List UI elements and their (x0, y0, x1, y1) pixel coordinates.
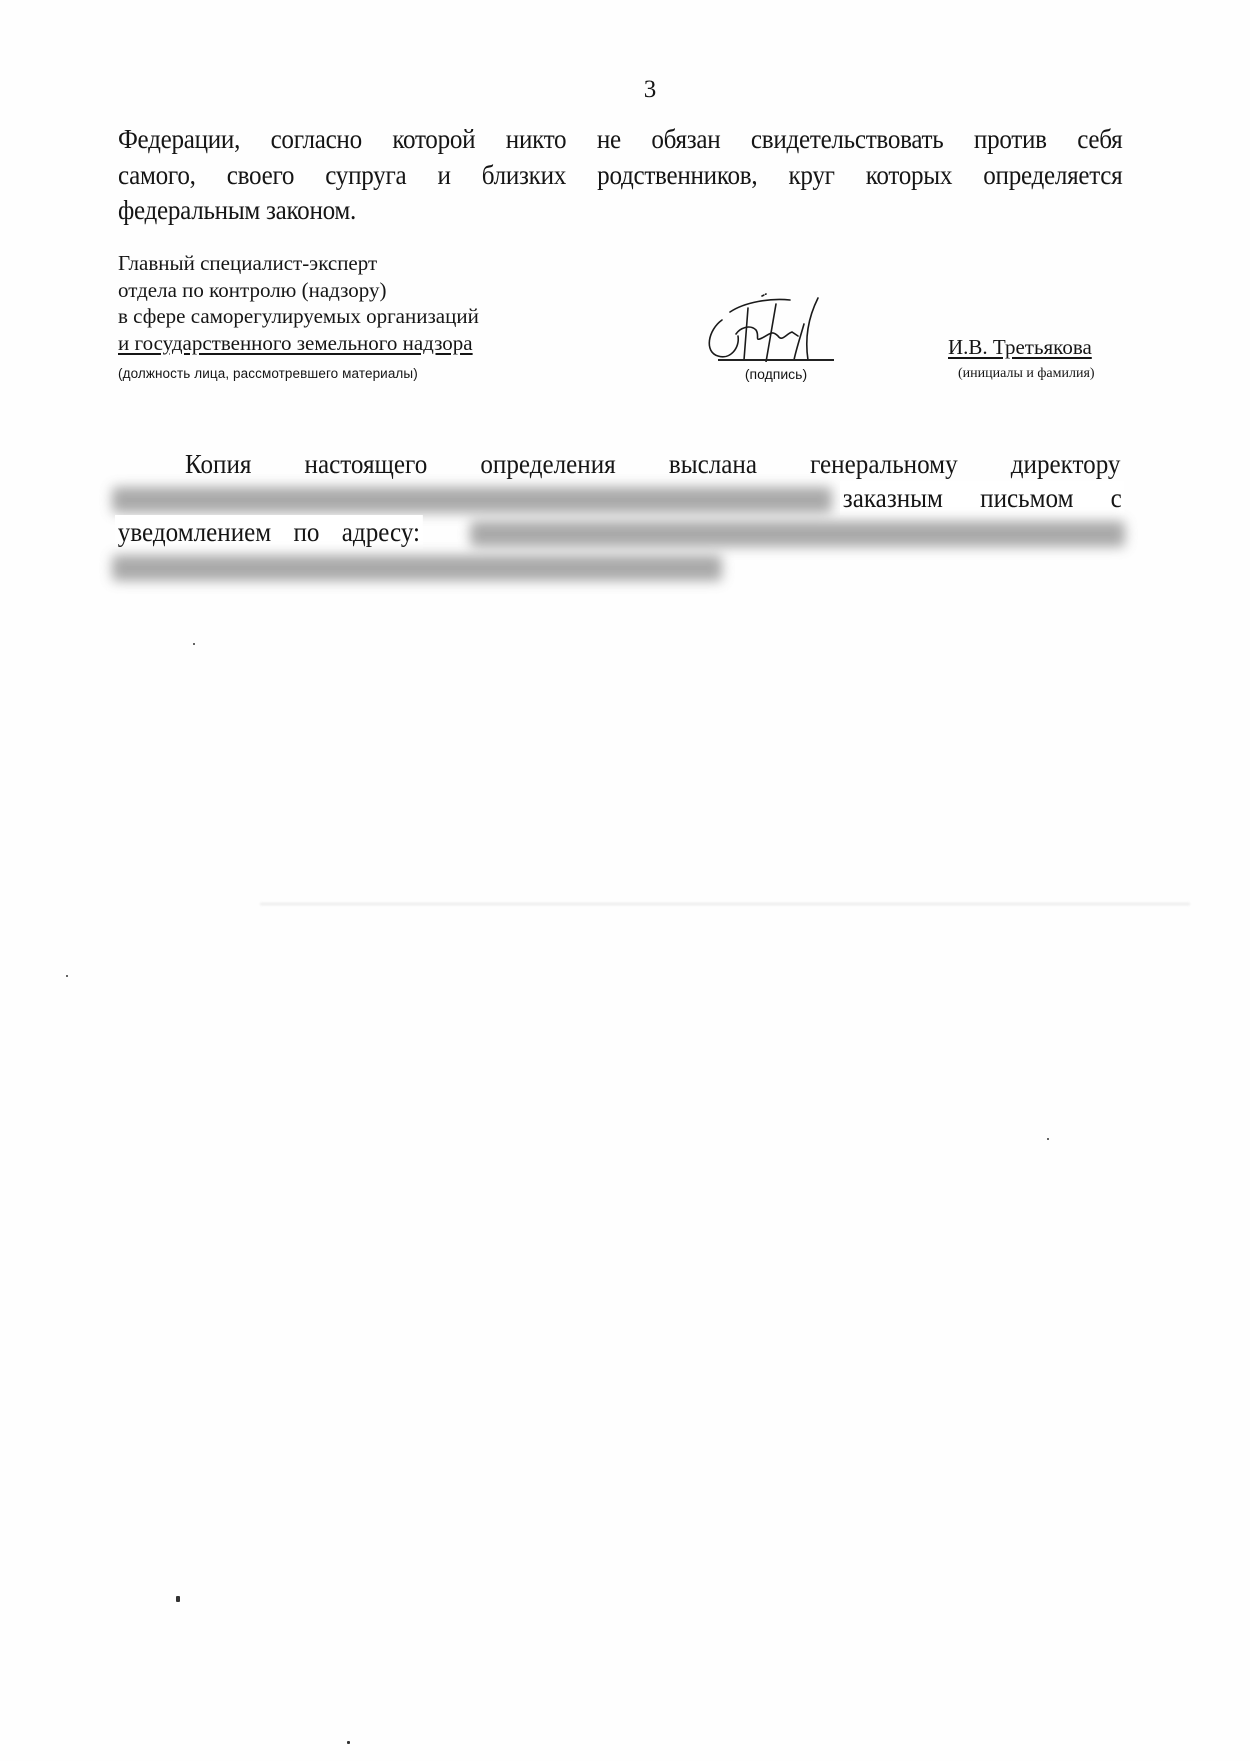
copy-notice-line: уведомлением по адресу: (118, 515, 1122, 549)
scan-speck (66, 975, 68, 977)
redacted-address-continued (112, 555, 722, 581)
word: заказным (843, 481, 943, 515)
signature-caption: (подпись) (718, 366, 834, 382)
copy-notice-paragraph: Копия настоящего определения выслана ген… (118, 447, 1122, 583)
word: Копия (185, 447, 251, 481)
position-line: отдела по контролю (надзору) (118, 277, 479, 304)
word: адресу: (342, 515, 420, 549)
redacted-address (470, 521, 1125, 547)
redacted-recipient (112, 487, 832, 513)
scan-speck (176, 1596, 180, 1602)
position-line: в сфере саморегулируемых организаций (118, 303, 479, 330)
word: письмом (980, 481, 1073, 515)
body-line: Федерации, согласно которой никто не обя… (118, 122, 1122, 158)
document-page: 3 Федерации, согласно которой никто не о… (0, 0, 1250, 1761)
word: директору (1011, 447, 1121, 481)
handwritten-signature-icon (700, 290, 850, 362)
copy-notice-visible: заказным письмом с (840, 481, 1125, 515)
signer-name: И.В. Третьякова (948, 335, 1092, 360)
scan-artifact (260, 903, 1190, 905)
position-line: и государственного земельного надзора (118, 330, 479, 357)
body-paragraph: Федерации, согласно которой никто не обя… (118, 122, 1122, 229)
signature-line (718, 359, 834, 361)
word: с (1111, 481, 1122, 515)
word: уведомлением (118, 515, 271, 549)
page-number: 3 (0, 76, 1250, 104)
position-caption: (должность лица, рассмотревшего материал… (118, 366, 418, 381)
position-line: Главный специалист-эксперт (118, 250, 479, 277)
word: определения (480, 447, 615, 481)
body-line: самого, своего супруга и близких родстве… (118, 158, 1122, 194)
word: по (293, 515, 319, 549)
word: выслана (669, 447, 757, 481)
word: настоящего (305, 447, 428, 481)
official-position: Главный специалист-эксперт отдела по кон… (118, 250, 479, 356)
copy-notice-line: заказным письмом с (118, 481, 1122, 515)
scan-speck (193, 643, 195, 645)
copy-notice-visible: уведомлением по адресу: (115, 515, 423, 549)
copy-notice-line (118, 549, 1122, 583)
word: генеральному (810, 447, 958, 481)
copy-notice-line: Копия настоящего определения выслана ген… (118, 447, 1121, 481)
scan-speck (347, 1741, 350, 1744)
signer-caption: (инициалы и фамилия) (958, 366, 1095, 382)
body-line: федеральным законом. (118, 193, 1122, 229)
scan-speck (1047, 1138, 1049, 1140)
